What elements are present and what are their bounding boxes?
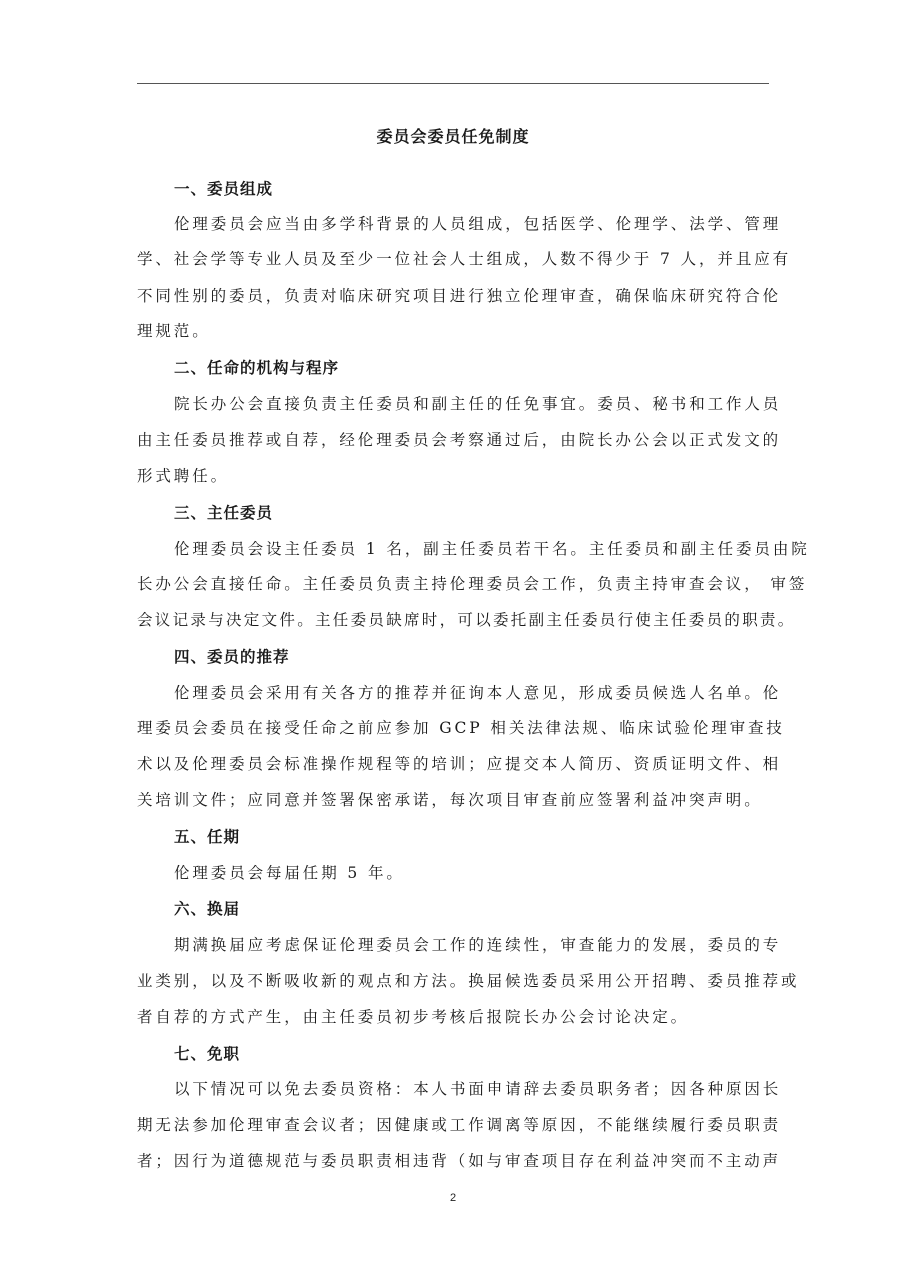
header-rule (137, 83, 769, 84)
section-heading-4: 四、委员的推荐 (174, 645, 290, 667)
paragraph-line: 期无法参加伦理审查会议者；因健康或工作调离等原因，不能继续履行委员职责 (137, 1113, 781, 1135)
section-heading-3: 三、主任委员 (174, 501, 273, 523)
paragraph-line: 理委员会委员在接受任命之前应参加 GCP 相关法律法规、临床试验伦理审查技 (137, 716, 785, 738)
section-heading-2: 二、任命的机构与程序 (174, 356, 339, 378)
page-title: 委员会委员任免制度 (0, 124, 906, 147)
paragraph-line: 伦理委员会采用有关各方的推荐并征询本人意见，形成委员候选人名单。伦 (174, 681, 781, 703)
paragraph-line: 不同性别的委员，负责对临床研究项目进行独立伦理审查，确保临床研究符合伦 (137, 284, 781, 306)
paragraph-line: 由主任委员推荐或自荐，经伦理委员会考察通过后，由院长办公会以正式发文的 (137, 428, 781, 450)
paragraph-line: 者；因行为道德规范与委员职责相违背（如与审查项目存在利益冲突而不主动声 (137, 1149, 781, 1171)
paragraph-line: 伦理委员会每届任期 5 年。 (174, 861, 405, 883)
paragraph-line: 学、社会学等专业人员及至少一位社会人士组成，人数不得少于 7 人，并且应有 (137, 247, 791, 269)
paragraph-line: 期满换届应考虑保证伦理委员会工作的连续性，审查能力的发展，委员的专 (174, 933, 781, 955)
section-heading-1: 一、委员组成 (174, 177, 273, 199)
paragraph-line: 伦理委员会应当由多学科背景的人员组成，包括医学、伦理学、法学、管理 (174, 212, 781, 234)
section-heading-7: 七、免职 (174, 1042, 240, 1064)
paragraph-line: 院长办公会直接负责主任委员和副主任的任免事宜。委员、秘书和工作人员 (174, 392, 781, 414)
paragraph-line: 关培训文件；应同意并签署保密承诺，每次项目审查前应签署利益冲突声明。 (137, 788, 763, 810)
page-number: 2 (0, 1192, 906, 1204)
paragraph-line: 以下情况可以免去委员资格：本人书面申请辞去委员职务者；因各种原因长 (174, 1077, 781, 1099)
paragraph-line: 长办公会直接任命。主任委员负责主持伦理委员会工作，负责主持审查会议， 审签 (137, 572, 807, 594)
paragraph-line: 业类别，以及不断吸收新的观点和方法。换届候选委员采用公开招聘、委员推荐或 (137, 969, 799, 991)
paragraph-line: 会议记录与决定文件。主任委员缺席时，可以委托副主任委员行使主任委员的职责。 (137, 608, 796, 630)
section-heading-5: 五、任期 (174, 825, 240, 847)
paragraph-line: 理规范。 (137, 319, 211, 341)
paragraph-line: 者自荐的方式产生，由主任委员初步考核后报院长办公会讨论决定。 (137, 1005, 689, 1027)
paragraph-line: 术以及伦理委员会标准操作规程等的培训；应提交本人简历、资质证明文件、相 (137, 752, 781, 774)
section-heading-6: 六、换届 (174, 897, 240, 919)
paragraph-line: 形式聘任。 (137, 464, 229, 486)
paragraph-line: 伦理委员会设主任委员 1 名，副主任委员若干名。主任委员和副主任委员由院 (174, 537, 810, 559)
